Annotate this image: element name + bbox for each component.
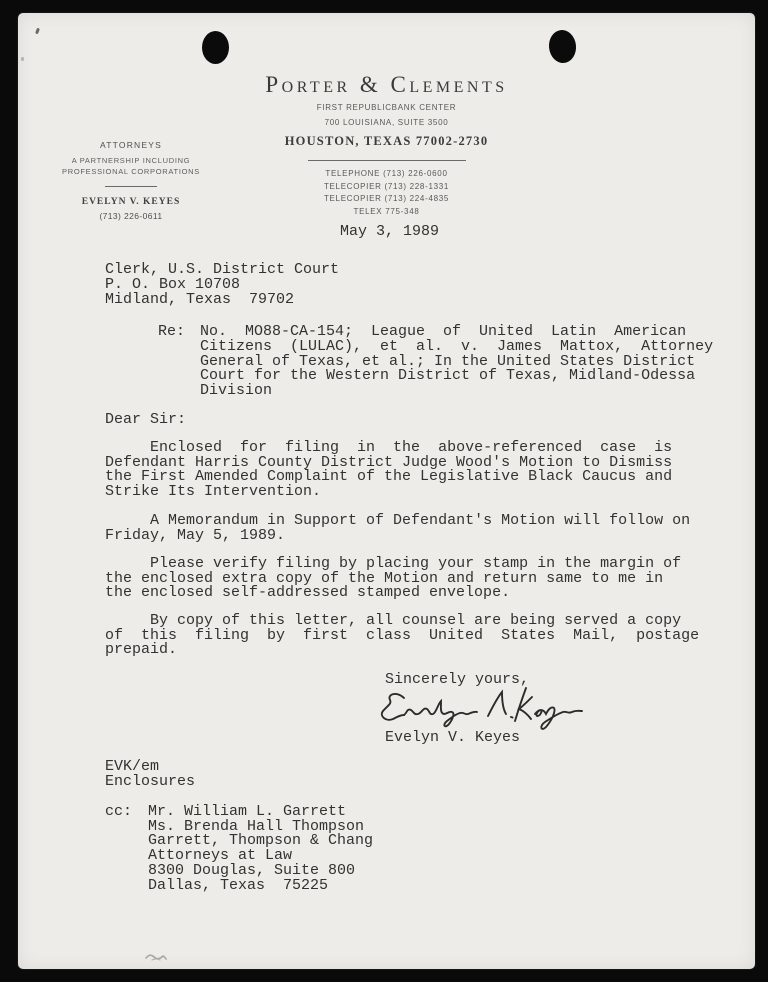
firm-name: Porter & Clements bbox=[18, 73, 755, 97]
letter-date: May 3, 1989 bbox=[340, 225, 439, 240]
body-paragraph: By copy of this letter, all counsel are … bbox=[105, 614, 699, 658]
scan-background: Porter & Clements FIRST REPUBLICBANK CEN… bbox=[0, 0, 768, 982]
attorney-phone: (713) 226-0611 bbox=[55, 211, 207, 221]
attorneys-divider bbox=[105, 186, 157, 187]
attorneys-block: ATTORNEYS A PARTNERSHIP INCLUDING PROFES… bbox=[55, 140, 207, 221]
body-paragraph: Enclosed for filing in the above-referen… bbox=[105, 441, 672, 500]
closing-line: Sincerely yours, bbox=[385, 673, 529, 688]
typed-signature-name: Evelyn V. Keyes bbox=[385, 731, 520, 746]
pencil-smudge bbox=[144, 949, 168, 961]
hole-punch-right bbox=[547, 29, 577, 65]
body-paragraph: A Memorandum in Support of Defendant's M… bbox=[105, 514, 690, 543]
salutation: Dear Sir: bbox=[105, 413, 186, 428]
cc-label: cc: bbox=[105, 805, 132, 820]
attorney-name: EVELYN V. KEYES bbox=[55, 197, 207, 207]
attorneys-title: ATTORNEYS bbox=[55, 140, 207, 150]
body-paragraph: Please verify filing by placing your sta… bbox=[105, 557, 681, 601]
re-subject: No. MO88-CA-154; League of United Latin … bbox=[200, 325, 713, 399]
cc-recipients: Mr. William L. Garrett Ms. Brenda Hall T… bbox=[148, 805, 373, 893]
letterhead-building: FIRST REPUBLICBANK CENTER bbox=[18, 102, 755, 114]
attorneys-subtitle: A PARTNERSHIP INCLUDING PROFESSIONAL COR… bbox=[55, 156, 207, 177]
hole-punch-left bbox=[202, 31, 229, 64]
reference-initials: EVK/em Enclosures bbox=[105, 759, 195, 789]
letterhead-divider bbox=[308, 160, 466, 161]
letterhead-street: 700 LOUISIANA, SUITE 3500 bbox=[18, 117, 755, 129]
letter-page: Porter & Clements FIRST REPUBLICBANK CEN… bbox=[18, 13, 755, 969]
attorneys-subtitle-line: A PARTNERSHIP INCLUDING bbox=[55, 156, 207, 167]
re-label: Re: bbox=[158, 325, 185, 340]
scan-speck bbox=[35, 28, 40, 35]
attorneys-subtitle-line: PROFESSIONAL CORPORATIONS bbox=[55, 167, 207, 178]
scan-speck bbox=[21, 57, 24, 61]
recipient-address: Clerk, U.S. District Court P. O. Box 107… bbox=[105, 262, 339, 308]
